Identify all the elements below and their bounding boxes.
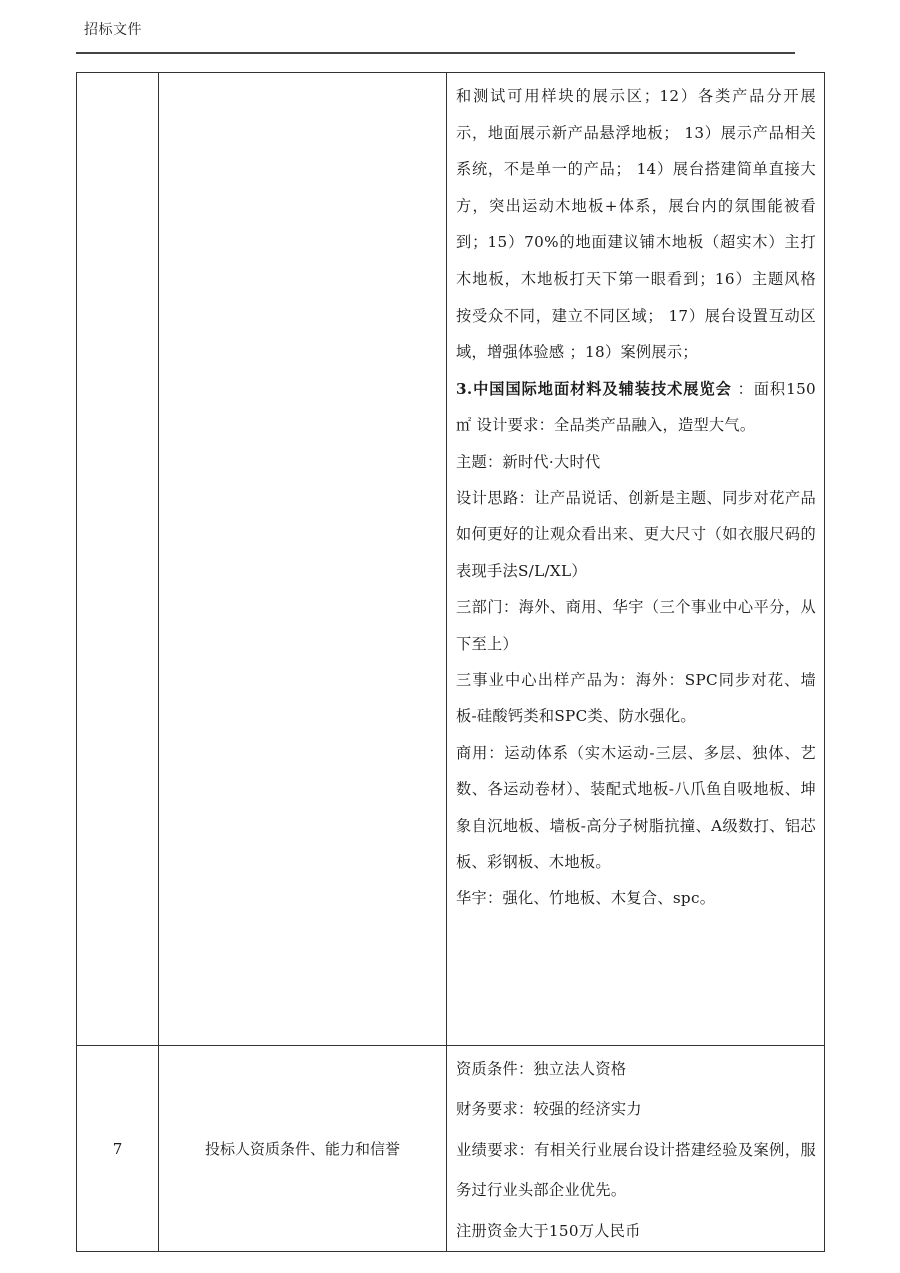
row-content-cell: 和测试可用样块的展示区；12）各类产品分开展示，地面展示新产品悬浮地板； 13）… (447, 73, 825, 1046)
paragraph-financial: 财务要求：较强的经济实力 (456, 1089, 816, 1129)
paragraph-design-idea: 设计思路：让产品说话、创新是主题、同步对花产品如何更好的让观众看出来、更大尺寸（… (456, 480, 816, 589)
paragraph-qualification: 资质条件：独立法人资格 (456, 1049, 816, 1089)
page-header-title: 招标文件 (84, 20, 142, 40)
section-heading-3-title: 3.中国国际地面材料及辅装技术展览会 (456, 380, 732, 398)
paragraph-departments: 三部门：海外、商用、华宇（三个事业中心平分，从下至上） (456, 589, 816, 662)
paragraph-registered-capital: 注册资金大于150万人民币 (456, 1211, 816, 1251)
header-divider (76, 52, 795, 54)
table-row-continued: 和测试可用样块的展示区；12）各类产品分开展示，地面展示新产品悬浮地板； 13）… (77, 73, 825, 1046)
row-index-cell (77, 73, 159, 1046)
paragraph-exhibit-requirements: 和测试可用样块的展示区；12）各类产品分开展示，地面展示新产品悬浮地板； 13）… (456, 78, 816, 371)
paragraph-commercial-products: 商用：运动体系（实木运动-三层、多层、独体、艺数、各运动卷材）、装配式地板-八爪… (456, 735, 816, 881)
section-heading-3: 3.中国国际地面材料及辅装技术展览会 ：面积150㎡ 设计要求：全品类产品融入，… (456, 371, 816, 444)
paragraph-performance: 业绩要求：有相关行业展台设计搭建经验及案例，服务过行业头部企业优先。 (456, 1130, 816, 1211)
row-item-cell: 投标人资质条件、能力和信誉 (159, 1046, 447, 1252)
paragraph-huayu-products: 华宇：强化、竹地板、木复合、spc。 (456, 880, 816, 916)
table-row: 7 投标人资质条件、能力和信誉 资质条件：独立法人资格 财务要求：较强的经济实力… (77, 1046, 825, 1252)
row-index-cell: 7 (77, 1046, 159, 1252)
paragraph-theme: 主题：新时代·大时代 (456, 444, 816, 480)
content-block: 资质条件：独立法人资格 财务要求：较强的经济实力 业绩要求：有相关行业展台设计搭… (447, 1046, 824, 1251)
row-item-cell (159, 73, 447, 1046)
row-content-cell: 资质条件：独立法人资格 财务要求：较强的经济实力 业绩要求：有相关行业展台设计搭… (447, 1046, 825, 1252)
requirements-table: 和测试可用样块的展示区；12）各类产品分开展示，地面展示新产品悬浮地板； 13）… (76, 72, 825, 1252)
paragraph-overseas-products: 三事业中心出样产品为：海外：SPC同步对花、墙板-硅酸钙类和SPC类、防水强化。 (456, 662, 816, 735)
content-block: 和测试可用样块的展示区；12）各类产品分开展示，地面展示新产品悬浮地板； 13）… (447, 73, 824, 917)
